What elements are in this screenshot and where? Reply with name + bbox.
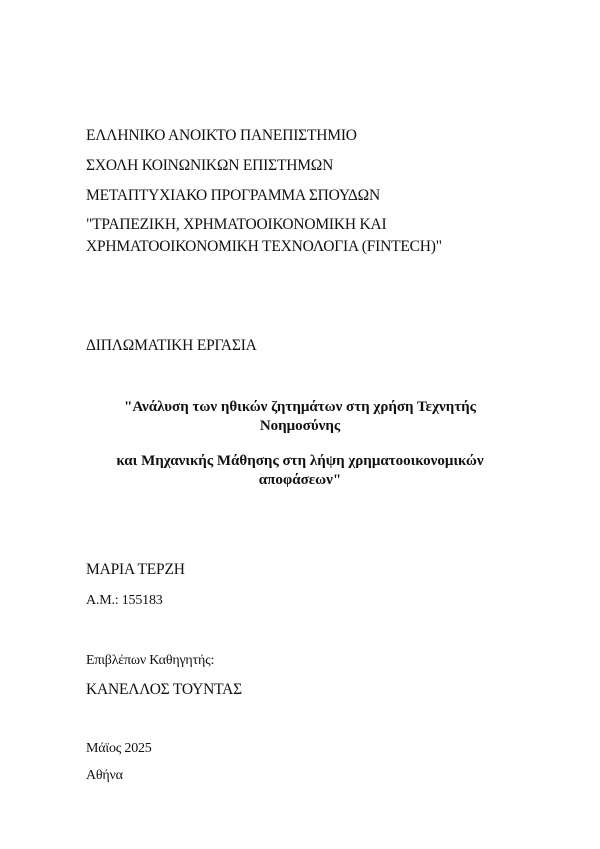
program-name-line-1: "ΤΡΑΠΕΖΙΚΗ, ΧΡΗΜΑΤΟΟΙΚΟΝΟΜΙΚΗ ΚΑΙ	[86, 214, 442, 236]
supervisor-label: Επιβλέπων Καθηγητής:	[86, 652, 214, 670]
program-label: ΜΕΤΑΠΤΥΧΙΑΚΟ ΠΡΟΓΡΑΜΜΑ ΣΠΟΥΔΩΝ	[86, 187, 380, 205]
document-type: ΔΙΠΛΩΜΑΤΙΚΗ ΕΡΓΑΣΙΑ	[86, 337, 257, 355]
student-id: Α.Μ.: 155183	[86, 592, 163, 610]
thesis-title-part-2: και Μηχανικής Μάθησης στη λήψη χρηματοοι…	[90, 452, 510, 490]
program-name: "ΤΡΑΠΕΖΙΚΗ, ΧΡΗΜΑΤΟΟΙΚΟΝΟΜΙΚΗ ΚΑΙ ΧΡΗΜΑΤ…	[86, 214, 442, 258]
school-name: ΣΧΟΛΗ ΚΟΙΝΩΝΙΚΩΝ ΕΠΙΣΤΗΜΩΝ	[86, 157, 333, 175]
place: Αθήνα	[86, 767, 123, 785]
date: Μάϊος 2025	[86, 740, 152, 758]
university-name: ΕΛΛΗΝΙΚΟ ΑΝΟΙΚΤΟ ΠΑΝΕΠΙΣΤΗΜΙΟ	[86, 127, 357, 145]
author-name: ΜΑΡΙΑ ΤΕΡΖΗ	[86, 561, 185, 579]
thesis-title-part-1: "Ανάλυση των ηθικών ζητημάτων στη χρήση …	[90, 398, 510, 436]
supervisor-name: ΚΑΝΕΛΛΟΣ ΤΟΥΝΤΑΣ	[86, 681, 242, 699]
program-name-line-2: ΧΡΗΜΑΤΟΟΙΚΟΝΟΜΙΚΗ ΤΕΧΝΟΛΟΓΙΑ (FINTECH)"	[86, 236, 442, 258]
document-page: ΕΛΛΗΝΙΚΟ ΑΝΟΙΚΤΟ ΠΑΝΕΠΙΣΤΗΜΙΟ ΣΧΟΛΗ ΚΟΙΝ…	[0, 0, 600, 849]
